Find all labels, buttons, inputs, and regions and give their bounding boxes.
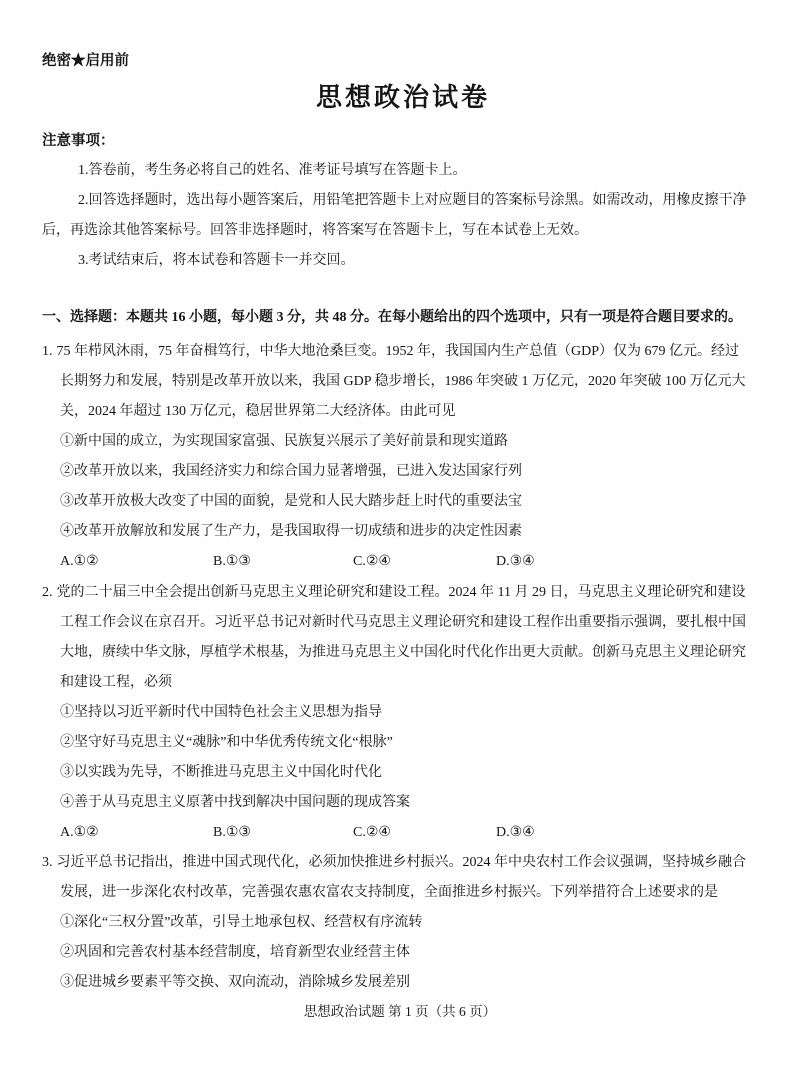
notice-item-2-line-2: 后，再选涂其他答案标号。回答非选择题时，将答案写在答题卡上，写在本试卷上无效。 bbox=[42, 216, 764, 246]
question-2-stem-text-1: 党的二十届三中全会提出创新马克思主义理论研究和建设工程。2024 年 11 月 … bbox=[57, 585, 746, 600]
question-3-stem-line-2: 发展，进一步深化农村改革，完善强农惠农富农支持制度，全面推进乡村振兴。下列举措符… bbox=[42, 878, 764, 908]
page-footer: 思想政治试题 第 1 页（共 6 页） bbox=[0, 1002, 800, 1022]
question-2-stem-line-3: 大地，赓续中华文脉，厚植学术根基，为推进马克思主义中国化时代化作出更大贡献。创新… bbox=[42, 638, 764, 668]
question-1-statement-3: ③改革开放极大改变了中国的面貌，是党和人民大踏步赶上时代的重要法宝 bbox=[42, 487, 764, 517]
question-1-stem-line-2: 长期努力和发展，特别是改革开放以来，我国 GDP 稳步增长，1986 年突破 1… bbox=[42, 367, 764, 397]
question-2-statement-1: ①坚持以习近平新时代中国特色社会主义思想为指导 bbox=[42, 698, 764, 728]
question-2-stem-line-4: 和建设工程，必须 bbox=[42, 668, 764, 698]
notice-item-3: 3.考试结束后，将本试卷和答题卡一并交回。 bbox=[42, 246, 764, 276]
question-2-statement-4: ④善于从马克思主义原著中找到解决中国问题的现成答案 bbox=[42, 788, 764, 818]
question-2-choice-d: D.③④ bbox=[496, 818, 535, 848]
question-3-statement-3: ③促进城乡要素平等交换、双向流动，消除城乡发展差别 bbox=[42, 968, 764, 998]
question-2-stem-line-2: 工程工作会议在京召开。习近平总书记对新时代马克思主义理论研究和建设工程作出重要指… bbox=[42, 608, 764, 638]
question-1-stem-line-3: 关，2024 年超过 130 万亿元，稳居世界第二大经济体。由此可见 bbox=[42, 397, 764, 427]
question-1-statement-4: ④改革开放解放和发展了生产力，是我国取得一切成绩和进步的决定性因素 bbox=[42, 517, 764, 547]
question-2-stem-line-1: 2.党的二十届三中全会提出创新马克思主义理论研究和建设工程。2024 年 11 … bbox=[42, 578, 764, 608]
question-1-statement-2: ②改革开放以来，我国经济实力和综合国力显著增强，已进入发达国家行列 bbox=[42, 457, 764, 487]
notice-item-1: 1.答卷前，考生务必将自己的姓名、准考证号填写在答题卡上。 bbox=[42, 156, 764, 186]
question-1: 1.75 年栉风沐雨，75 年奋楫笃行，中华大地沧桑巨变。1952 年，我国国内… bbox=[42, 337, 764, 577]
question-3-statement-1: ①深化“三权分置”改革，引导土地承包权、经营权有序流转 bbox=[42, 908, 764, 938]
question-1-choice-c: C.②④ bbox=[353, 547, 496, 577]
exam-paper-page: 绝密★启用前 思想政治试卷 注意事项： 1.答卷前，考生务必将自己的姓名、准考证… bbox=[0, 0, 800, 1067]
question-3-number: 3. bbox=[42, 855, 57, 870]
question-1-number: 1. bbox=[42, 344, 57, 359]
question-2-number: 2. bbox=[42, 585, 57, 600]
question-1-choice-a: A.①② bbox=[60, 547, 213, 577]
question-1-choices-row: A.①②B.①③C.②④D.③④ bbox=[42, 547, 764, 577]
question-1-statement-1: ①新中国的成立，为实现国家富强、民族复兴展示了美好前景和现实道路 bbox=[42, 427, 764, 457]
question-1-stem-text-1: 75 年栉风沐雨，75 年奋楫笃行，中华大地沧桑巨变。1952 年，我国国内生产… bbox=[57, 344, 740, 359]
question-3-statement-2: ②巩固和完善农村基本经营制度，培育新型农业经营主体 bbox=[42, 938, 764, 968]
question-2: 2.党的二十届三中全会提出创新马克思主义理论研究和建设工程。2024 年 11 … bbox=[42, 578, 764, 848]
question-2-choice-c: C.②④ bbox=[353, 818, 496, 848]
question-3-stem-line-1: 3.习近平总书记指出，推进中国式现代化，必须加快推进乡村振兴。2024 年中央农… bbox=[42, 848, 764, 878]
question-3: 3.习近平总书记指出，推进中国式现代化，必须加快推进乡村振兴。2024 年中央农… bbox=[42, 848, 764, 998]
notice-heading: 注意事项： bbox=[42, 126, 764, 156]
section-1-heading: 一、选择题：本题共 16 小题，每小题 3 分，共 48 分。在每小题给出的四个… bbox=[42, 303, 764, 333]
security-classification-label: 绝密★启用前 bbox=[42, 46, 764, 76]
question-1-choice-b: B.①③ bbox=[213, 547, 353, 577]
question-2-choice-a: A.①② bbox=[60, 818, 213, 848]
question-2-statement-3: ③以实践为先导，不断推进马克思主义中国化时代化 bbox=[42, 758, 764, 788]
question-2-statement-2: ②坚守好马克思主义“魂脉”和中华优秀传统文化“根脉” bbox=[42, 728, 764, 758]
paper-title: 思想政治试卷 bbox=[42, 80, 764, 116]
notice-item-2-line-1: 2.回答选择题时，选出每小题答案后，用铅笔把答题卡上对应题目的答案标号涂黑。如需… bbox=[42, 186, 764, 216]
page-content: 绝密★启用前 思想政治试卷 注意事项： 1.答卷前，考生务必将自己的姓名、准考证… bbox=[0, 0, 800, 998]
question-2-choices-row: A.①②B.①③C.②④D.③④ bbox=[42, 818, 764, 848]
question-1-stem-line-1: 1.75 年栉风沐雨，75 年奋楫笃行，中华大地沧桑巨变。1952 年，我国国内… bbox=[42, 337, 764, 367]
question-2-choice-b: B.①③ bbox=[213, 818, 353, 848]
question-3-stem-text-1: 习近平总书记指出，推进中国式现代化，必须加快推进乡村振兴。2024 年中央农村工… bbox=[57, 855, 747, 870]
question-1-choice-d: D.③④ bbox=[496, 547, 535, 577]
